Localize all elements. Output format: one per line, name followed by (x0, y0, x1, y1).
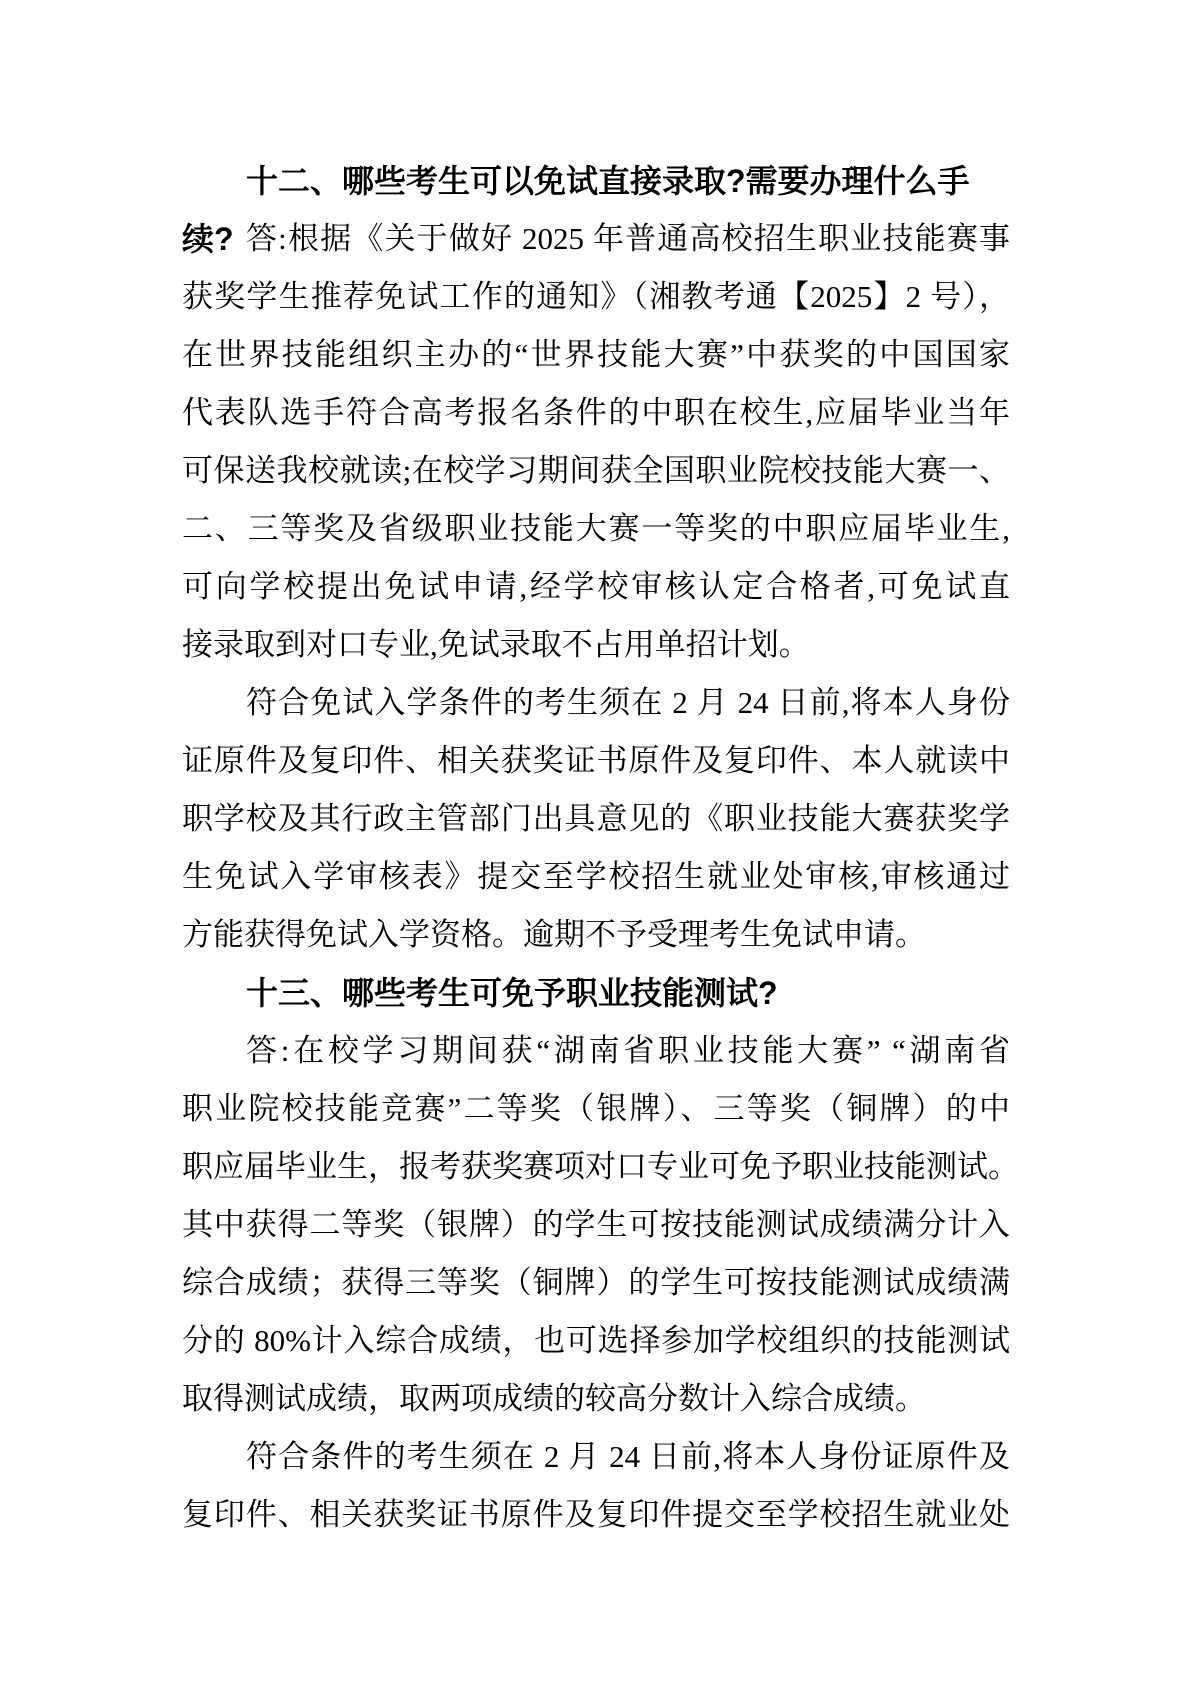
paragraph: 符合免试入学条件的考生须在 2 月 24 日前,将本人身份证原件及复印件、相关获… (182, 674, 1010, 964)
document-page: 十二、哪些考生可以免试直接录取?需要办理什么手续?答:根据《关于做好 2025 … (0, 0, 1191, 1684)
paragraph: 答:在校学习期间获“湖南省职业技能大赛” “湖南省职业院校技能竞赛”二等奖（银牌… (182, 1022, 1010, 1428)
document-line: 代表队选手符合高考报名条件的中职在校生,应届毕业当年 (182, 384, 1010, 442)
paragraph: 符合条件的考生须在 2 月 24 日前,将本人身份证原件及复印件、相关获奖证书原… (182, 1428, 1010, 1544)
document-line: 其中获得二等奖（银牌）的学生可按技能测试成绩满分计入 (182, 1196, 1010, 1254)
document-line: 证原件及复印件、相关获奖证书原件及复印件、本人就读中 (182, 732, 1010, 790)
document-line: 可保送我校就读;在校学习期间获全国职业院校技能大赛一、 (182, 442, 1010, 500)
document-line: 方能获得免试入学资格。逾期不予受理考生免试申请。 (182, 906, 1010, 964)
document-line: 二、三等奖及省级职业技能大赛一等奖的中职应届毕业生, (182, 500, 1010, 558)
document-line: 复印件、相关获奖证书原件及复印件提交至学校招生就业处 (182, 1486, 1010, 1544)
section-heading: 十三、哪些考生可免予职业技能测试? (182, 964, 1010, 1022)
document-line: 职业院校技能竞赛”二等奖（银牌）、三等奖（铜牌）的中 (182, 1080, 1010, 1138)
document-line: 职学校及其行政主管部门出具意见的《职业技能大赛获奖学 (182, 790, 1010, 848)
document-line: 取得测试成绩，取两项成绩的较高分数计入综合成绩。 (182, 1370, 1010, 1428)
document-line: 综合成绩；获得三等奖（铜牌）的学生可按技能测试成绩满 (182, 1254, 1010, 1312)
paragraph: 答:根据《关于做好 2025 年普通高校招生职业技能赛事获奖学生推荐免试工作的通… (182, 210, 1010, 674)
document-line: 分的 80%计入综合成绩，也可选择参加学校组织的技能测试 (182, 1312, 1010, 1370)
document-line: 可向学校提出免试申请,经学校审核认定合格者,可免试直 (182, 558, 1010, 616)
section-heading: 十二、哪些考生可以免试直接录取?需要办理什么手续? (182, 152, 1010, 210)
document-line: 符合免试入学条件的考生须在 2 月 24 日前,将本人身份 (182, 674, 1010, 732)
document-line: 获奖学生推荐免试工作的通知》（湘教考通【2025】2 号）， (182, 268, 1010, 326)
document-line: 职应届毕业生，报考获奖赛项对口专业可免予职业技能测试。 (182, 1138, 1032, 1196)
document-line: 答:在校学习期间获“湖南省职业技能大赛” “湖南省 (182, 1022, 1010, 1080)
document-line: 接录取到对口专业,免试录取不占用单招计划。 (182, 616, 1010, 674)
document-line: 生免试入学审核表》提交至学校招生就业处审核,审核通过 (182, 848, 1010, 906)
document-line: 在世界技能组织主办的“世界技能大赛”中获奖的中国国家 (182, 326, 1010, 384)
document-content: 十二、哪些考生可以免试直接录取?需要办理什么手续?答:根据《关于做好 2025 … (182, 152, 1010, 1544)
document-line: 符合条件的考生须在 2 月 24 日前,将本人身份证原件及 (182, 1428, 1010, 1486)
document-line: 答:根据《关于做好 2025 年普通高校招生职业技能赛事 (182, 210, 1010, 268)
